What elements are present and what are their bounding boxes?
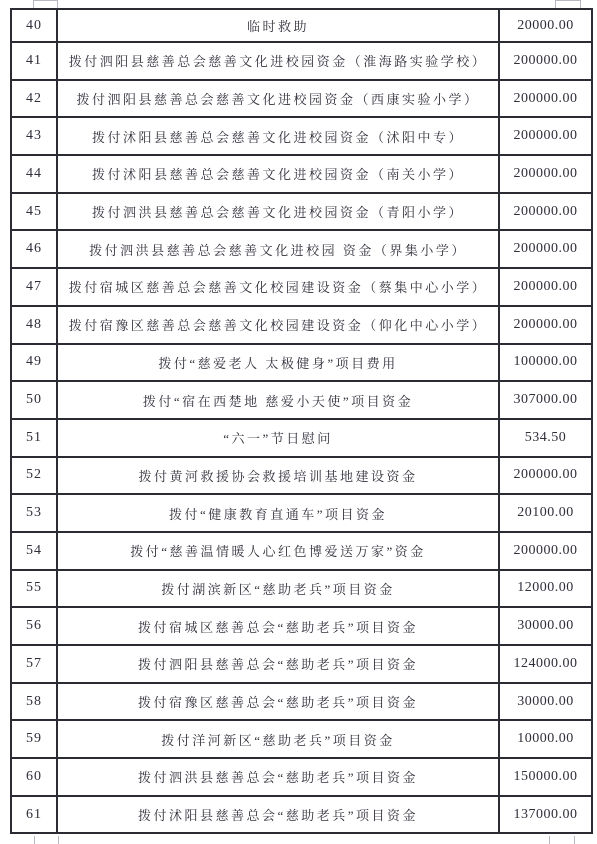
table-row: 58 拨付宿豫区慈善总会“慈助老兵”项目资金 30000.00	[11, 683, 592, 721]
table-row: 40 临时救助 20000.00	[11, 9, 592, 42]
table-row: 50 拨付“宿在西楚地 慈爱小天使”项目资金 307000.00	[11, 381, 592, 419]
row-amount-cell: 150000.00	[499, 758, 592, 796]
row-number-cell: 58	[11, 683, 57, 721]
row-description-cell: 拨付泗阳县慈善总会慈善文化进校园资金（淮海路实验学校）	[57, 42, 499, 80]
row-description-cell: 拨付沭阳县慈善总会“慈助老兵”项目资金	[57, 796, 499, 834]
table-row: 42 拨付泗阳县慈善总会慈善文化进校园资金（西康实验小学） 200000.00	[11, 80, 592, 118]
row-number-cell: 56	[11, 607, 57, 645]
row-number-cell: 40	[11, 9, 57, 42]
row-description-cell: 拨付泗阳县慈善总会慈善文化进校园资金（西康实验小学）	[57, 80, 499, 118]
row-number-cell: 54	[11, 532, 57, 570]
row-description-cell: 拨付“慈善温情暖人心红色博爱送万家”资金	[57, 532, 499, 570]
row-number-cell: 61	[11, 796, 57, 834]
row-description-cell: 临时救助	[57, 9, 499, 42]
row-amount-cell: 200000.00	[499, 230, 592, 268]
row-amount-cell: 20100.00	[499, 494, 592, 532]
row-amount-cell: 200000.00	[499, 117, 592, 155]
row-description-cell: 拨付宿城区慈善总会“慈助老兵”项目资金	[57, 607, 499, 645]
table-row: 53 拨付“健康教育直通车”项目资金 20100.00	[11, 494, 592, 532]
row-amount-cell: 200000.00	[499, 155, 592, 193]
table-row: 51 “六一”节日慰问 534.50	[11, 419, 592, 457]
row-amount-cell: 12000.00	[499, 570, 592, 608]
document-page: 40 临时救助 20000.00 41 拨付泗阳县慈善总会慈善文化进校园资金（淮…	[0, 0, 597, 844]
row-description-cell: 拨付“慈爱老人 太极健身”项目费用	[57, 344, 499, 382]
row-amount-cell: 200000.00	[499, 268, 592, 306]
row-number-cell: 45	[11, 193, 57, 231]
table-row: 54 拨付“慈善温情暖人心红色博爱送万家”资金 200000.00	[11, 532, 592, 570]
table-body: 40 临时救助 20000.00 41 拨付泗阳县慈善总会慈善文化进校园资金（淮…	[11, 9, 592, 833]
row-description-cell: 拨付沭阳县慈善总会慈善文化进校园资金（南关小学）	[57, 155, 499, 193]
row-description-cell: 拨付“宿在西楚地 慈爱小天使”项目资金	[57, 381, 499, 419]
row-description-cell: 拨付宿豫区慈善总会“慈助老兵”项目资金	[57, 683, 499, 721]
row-amount-cell: 30000.00	[499, 683, 592, 721]
table-row: 60 拨付泗洪县慈善总会“慈助老兵”项目资金 150000.00	[11, 758, 592, 796]
row-number-cell: 46	[11, 230, 57, 268]
row-amount-cell: 200000.00	[499, 306, 592, 344]
table-row: 56 拨付宿城区慈善总会“慈助老兵”项目资金 30000.00	[11, 607, 592, 645]
table-row: 41 拨付泗阳县慈善总会慈善文化进校园资金（淮海路实验学校） 200000.00	[11, 42, 592, 80]
row-number-cell: 43	[11, 117, 57, 155]
row-number-cell: 47	[11, 268, 57, 306]
row-description-cell: 拨付泗洪县慈善总会“慈助老兵”项目资金	[57, 758, 499, 796]
row-amount-cell: 200000.00	[499, 457, 592, 495]
row-number-cell: 57	[11, 645, 57, 683]
scan-artifact-bottom-left	[34, 836, 59, 844]
row-amount-cell: 137000.00	[499, 796, 592, 834]
row-amount-cell: 124000.00	[499, 645, 592, 683]
row-number-cell: 41	[11, 42, 57, 80]
row-description-cell: 拨付“健康教育直通车”项目资金	[57, 494, 499, 532]
row-number-cell: 55	[11, 570, 57, 608]
row-description-cell: “六一”节日慰问	[57, 419, 499, 457]
row-amount-cell: 200000.00	[499, 193, 592, 231]
row-amount-cell: 200000.00	[499, 532, 592, 570]
row-amount-cell: 30000.00	[499, 607, 592, 645]
row-number-cell: 42	[11, 80, 57, 118]
row-amount-cell: 100000.00	[499, 344, 592, 382]
table-row: 49 拨付“慈爱老人 太极健身”项目费用 100000.00	[11, 344, 592, 382]
row-description-cell: 拨付洋河新区“慈助老兵”项目资金	[57, 720, 499, 758]
table-row: 46 拨付泗洪县慈善总会慈善文化进校园 资金（界集小学） 200000.00	[11, 230, 592, 268]
row-number-cell: 59	[11, 720, 57, 758]
table-row: 55 拨付湖滨新区“慈助老兵”项目资金 12000.00	[11, 570, 592, 608]
row-amount-cell: 10000.00	[499, 720, 592, 758]
row-description-cell: 拨付宿豫区慈善总会慈善文化校园建设资金（仰化中心小学）	[57, 306, 499, 344]
row-description-cell: 拨付泗洪县慈善总会慈善文化进校园资金（青阳小学）	[57, 193, 499, 231]
row-description-cell: 拨付黄河救援协会救援培训基地建设资金	[57, 457, 499, 495]
row-amount-cell: 534.50	[499, 419, 592, 457]
row-number-cell: 44	[11, 155, 57, 193]
row-amount-cell: 200000.00	[499, 80, 592, 118]
table-row: 61 拨付沭阳县慈善总会“慈助老兵”项目资金 137000.00	[11, 796, 592, 834]
row-amount-cell: 200000.00	[499, 42, 592, 80]
table-row: 43 拨付沭阳县慈善总会慈善文化进校园资金（沭阳中专） 200000.00	[11, 117, 592, 155]
row-description-cell: 拨付湖滨新区“慈助老兵”项目资金	[57, 570, 499, 608]
row-number-cell: 51	[11, 419, 57, 457]
table-row: 44 拨付沭阳县慈善总会慈善文化进校园资金（南关小学） 200000.00	[11, 155, 592, 193]
table-row: 45 拨付泗洪县慈善总会慈善文化进校园资金（青阳小学） 200000.00	[11, 193, 592, 231]
row-number-cell: 52	[11, 457, 57, 495]
row-amount-cell: 20000.00	[499, 9, 592, 42]
row-description-cell: 拨付宿城区慈善总会慈善文化校园建设资金（蔡集中心小学）	[57, 268, 499, 306]
row-number-cell: 48	[11, 306, 57, 344]
table-row: 48 拨付宿豫区慈善总会慈善文化校园建设资金（仰化中心小学） 200000.00	[11, 306, 592, 344]
row-number-cell: 60	[11, 758, 57, 796]
table-row: 47 拨付宿城区慈善总会慈善文化校园建设资金（蔡集中心小学） 200000.00	[11, 268, 592, 306]
row-description-cell: 拨付沭阳县慈善总会慈善文化进校园资金（沭阳中专）	[57, 117, 499, 155]
expenditure-table: 40 临时救助 20000.00 41 拨付泗阳县慈善总会慈善文化进校园资金（淮…	[10, 8, 593, 834]
row-amount-cell: 307000.00	[499, 381, 592, 419]
row-number-cell: 53	[11, 494, 57, 532]
row-description-cell: 拨付泗洪县慈善总会慈善文化进校园 资金（界集小学）	[57, 230, 499, 268]
row-description-cell: 拨付泗阳县慈善总会“慈助老兵”项目资金	[57, 645, 499, 683]
table-row: 57 拨付泗阳县慈善总会“慈助老兵”项目资金 124000.00	[11, 645, 592, 683]
row-number-cell: 50	[11, 381, 57, 419]
row-number-cell: 49	[11, 344, 57, 382]
scan-artifact-bottom-right	[549, 836, 575, 844]
table-row: 52 拨付黄河救援协会救援培训基地建设资金 200000.00	[11, 457, 592, 495]
table-row: 59 拨付洋河新区“慈助老兵”项目资金 10000.00	[11, 720, 592, 758]
